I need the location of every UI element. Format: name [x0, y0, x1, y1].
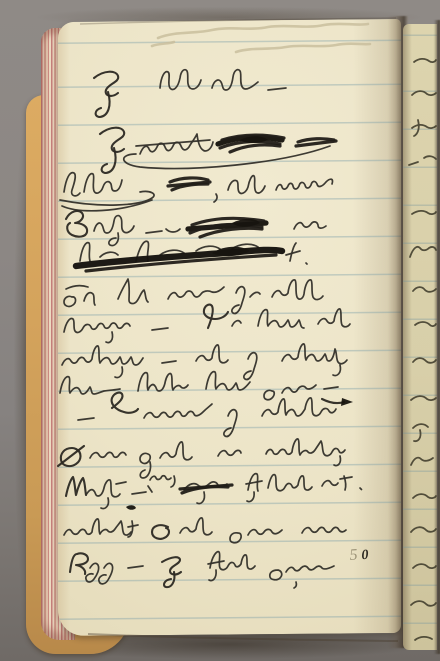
adjacent-page-strip [403, 24, 437, 650]
notebook-page [58, 19, 401, 636]
page-number-digit-bold: 0 [361, 548, 369, 563]
photo-stage: 5 0 [0, 0, 440, 661]
page-number-digit-faint: 5 [349, 547, 358, 565]
page-number-mark: 5 0 [349, 545, 381, 579]
right-edge-shadow [434, 20, 440, 654]
